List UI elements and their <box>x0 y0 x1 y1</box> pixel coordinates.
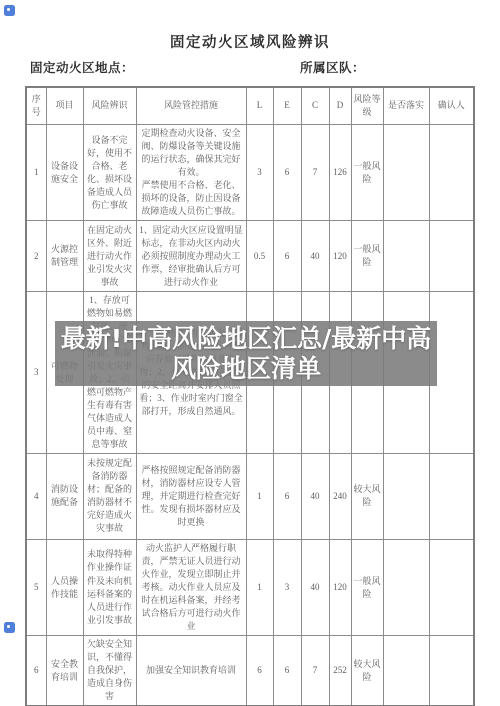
hazard-cell: 未取得特种作业操作证件及未向机运科备案的人员进行作业引发事故 <box>83 539 136 635</box>
measures-cell: 加强安全知识教育培训 <box>136 636 246 706</box>
document-title: 固定动火区域风险辨识 <box>0 31 500 52</box>
risk-identification-table: 序号 项目 风险辨识 风险管控措施 L E C D 风险等级 是否落实 确认人 … <box>25 86 475 706</box>
implemented-cell <box>383 453 429 539</box>
implemented-cell <box>383 539 429 635</box>
d-value: 120 <box>329 221 351 292</box>
d-value: 240 <box>329 453 351 539</box>
header-c: C <box>301 87 329 125</box>
table-row: 5 人员操作技能 未取得特种作业操作证件及未向机运科备案的人员进行作业引发事故 … <box>26 539 474 635</box>
table-row: 6 安全教育培训 欠缺安全知识，不懂得自我保护，造成自身伤害 加强安全知识教育培… <box>26 636 474 706</box>
row-number: 5 <box>26 539 46 635</box>
e-value: 6 <box>273 125 301 221</box>
watermark-overlay-banner: 最新!中高风险地区汇总/最新中高风险地区清单 <box>55 321 437 386</box>
header-implemented: 是否落实 <box>383 87 429 125</box>
d-value: 252 <box>329 636 351 706</box>
l-value: 3 <box>246 125 273 221</box>
hazard-cell: 在固定动火区外、附近进行动火作业引发火灾事故 <box>83 221 136 292</box>
document-page: 固定动火区域风险辨识 固定动火区地点： 所属区队： 序号 项目 风险辨识 风险管… <box>0 0 500 706</box>
implemented-cell <box>383 125 429 221</box>
measures-cell: 1、固定动火区应设置明显标志，在非动火区内动火必须按照制度办理动火工作票，经审批… <box>136 221 246 292</box>
table-row: 2 火源控制管理 在固定动火区外、附近进行动火作业引发火灾事故 1、固定动火区应… <box>26 221 474 292</box>
item-cell: 消防设施配备 <box>46 453 83 539</box>
hazard-cell: 未按规定配备消防器材；配备的消防器材不完好造成火灾事故 <box>83 453 136 539</box>
measures-cell: 动火监护人严格履行职责，严禁无证人员进行动火作业，发现立即制止并考核。动火作业人… <box>136 539 246 635</box>
location-label: 固定动火区地点： <box>30 58 134 76</box>
header-confirmer: 确认人 <box>429 87 474 125</box>
l-value: 1 <box>246 453 273 539</box>
risk-level-cell: 一般风险 <box>351 125 383 221</box>
row-number: 6 <box>26 636 46 706</box>
item-cell: 火源控制管理 <box>46 221 83 292</box>
confirmer-cell <box>429 453 474 539</box>
header-d: D <box>329 87 351 125</box>
header-no: 序号 <box>26 87 46 125</box>
header-measures: 风险管控措施 <box>136 87 246 125</box>
e-value: 6 <box>273 221 301 292</box>
l-value: 1 <box>246 539 273 635</box>
item-cell: 安全教育培训 <box>46 636 83 706</box>
header-l: L <box>246 87 273 125</box>
image-placeholder-dot <box>7 625 10 628</box>
d-value: 120 <box>329 539 351 635</box>
header-risk-level: 风险等级 <box>351 87 383 125</box>
confirmer-cell <box>429 221 474 292</box>
watermark-text: 最新!中高风险地区汇总/最新中高风险地区清单 <box>56 324 436 384</box>
risk-level-cell: 一般风险 <box>351 221 383 292</box>
confirmer-cell <box>429 125 474 221</box>
row-number: 1 <box>26 125 46 221</box>
table-header-row: 序号 项目 风险辨识 风险管控措施 L E C D 风险等级 是否落实 确认人 <box>26 87 474 125</box>
c-value: 7 <box>301 636 329 706</box>
header-e: E <box>273 87 301 125</box>
c-value: 40 <box>301 453 329 539</box>
confirmer-cell <box>429 539 474 635</box>
table-row: 4 消防设施配备 未按规定配备消防器材；配备的消防器材不完好造成火灾事故 严格按… <box>26 453 474 539</box>
hazard-cell: 欠缺安全知识，不懂得自我保护，造成自身伤害 <box>83 636 136 706</box>
row-number: 4 <box>26 453 46 539</box>
c-value: 40 <box>301 539 329 635</box>
item-cell: 人员操作技能 <box>46 539 83 635</box>
team-label: 所属区队： <box>300 58 365 76</box>
e-value: 6 <box>273 636 301 706</box>
image-placeholder-dot <box>7 8 10 11</box>
implemented-cell <box>383 636 429 706</box>
row-number: 3 <box>26 292 46 454</box>
l-value: 6 <box>246 636 273 706</box>
header-hazard: 风险辨识 <box>83 87 136 125</box>
e-value: 3 <box>273 539 301 635</box>
d-value: 126 <box>329 125 351 221</box>
e-value: 6 <box>273 453 301 539</box>
implemented-cell <box>383 221 429 292</box>
measures-cell: 定期检查动火设备、安全阀、防爆设备等关键设施的运行状态，确保其完好有效。 严禁使… <box>136 125 246 221</box>
risk-level-cell: 一般风险 <box>351 539 383 635</box>
header-item: 项目 <box>46 87 83 125</box>
row-number: 2 <box>26 221 46 292</box>
table-row: 1 设备设施安全 设备不完好，使用不合格、老化、损坏设备造成人员伤亡事故 定期检… <box>26 125 474 221</box>
confirmer-cell <box>429 636 474 706</box>
l-value: 0.5 <box>246 221 273 292</box>
hazard-cell: 设备不完好，使用不合格、老化、损坏设备造成人员伤亡事故 <box>83 125 136 221</box>
risk-level-cell: 较大风险 <box>351 636 383 706</box>
c-value: 40 <box>301 221 329 292</box>
c-value: 7 <box>301 125 329 221</box>
image-placeholder-icon <box>4 5 15 16</box>
image-placeholder-icon <box>4 622 15 633</box>
item-cell: 设备设施安全 <box>46 125 83 221</box>
risk-level-cell: 较大风险 <box>351 453 383 539</box>
measures-cell: 严格按照规定配备消防器材，消防器材应设专人管理，并定期进行检查完好性。发现有损坏… <box>136 453 246 539</box>
